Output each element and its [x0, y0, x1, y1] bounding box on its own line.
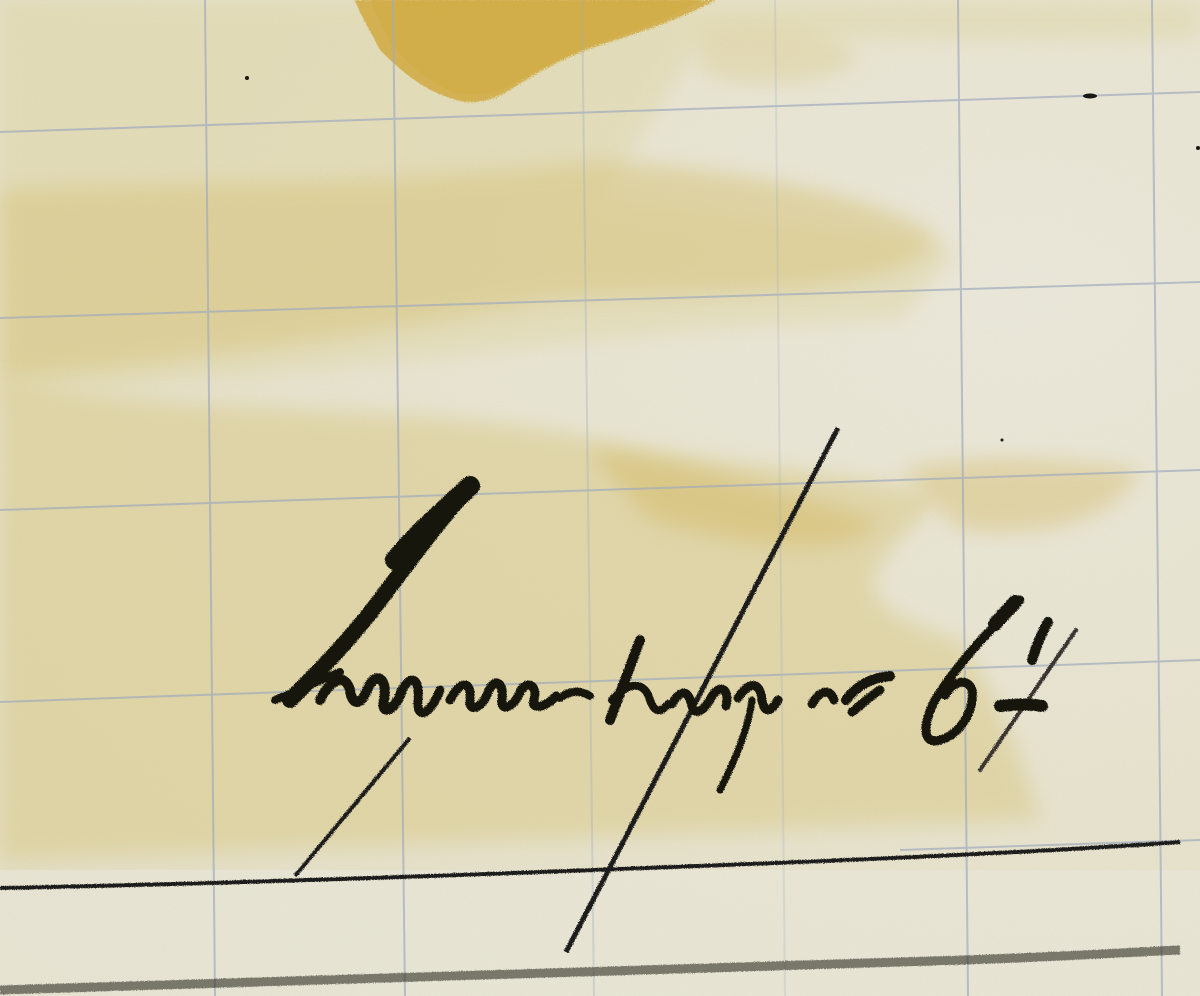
paper-canvas: [0, 0, 1200, 996]
signature-photo: Signature 64: [0, 0, 1200, 996]
